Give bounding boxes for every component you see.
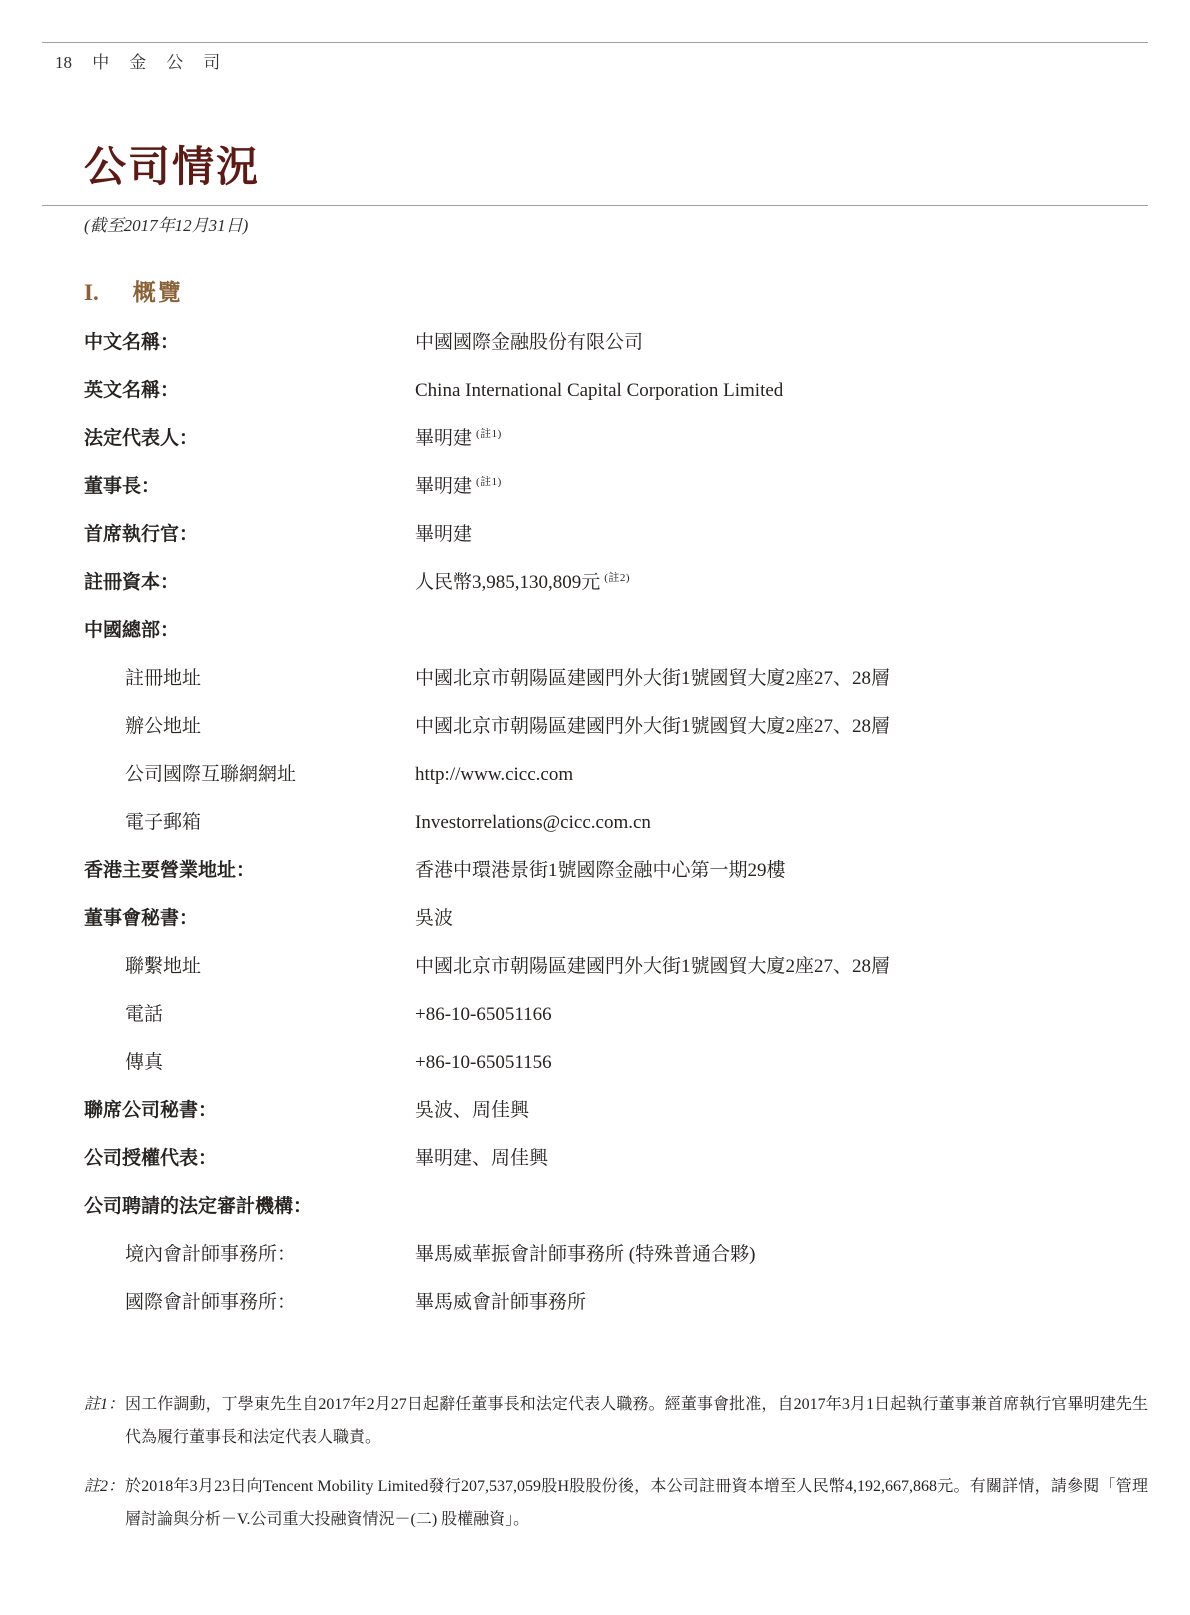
- row-value: +86-10-65051166: [415, 1002, 1148, 1028]
- row-value-text: 吳波、周佳興: [415, 1100, 529, 1121]
- row-value-text: 畢明建、周佳興: [415, 1148, 548, 1169]
- footnote-text: 因工作調動，丁學東先生自2017年2月27日起辭任董事長和法定代表人職務。經董事…: [125, 1388, 1148, 1454]
- title-divider: [42, 205, 1148, 206]
- row-value-text: 香港中環港景街1號國際金融中心第一期29樓: [415, 860, 786, 881]
- info-row-english-name: 英文名稱： China International Capital Corpor…: [84, 378, 1148, 404]
- row-value: 畢明建: [415, 522, 1148, 548]
- info-row-website: 公司國際互聯網網址 http://www.cicc.com: [84, 762, 1148, 788]
- row-value: Investorrelations@cicc.com.cn: [415, 810, 1148, 836]
- info-row-hk-business-address: 香港主要營業地址： 香港中環港景街1號國際金融中心第一期29樓: [84, 858, 1148, 884]
- row-value: 畢明建(註1): [415, 426, 1148, 452]
- row-label: 英文名稱：: [84, 378, 415, 404]
- header-divider: [42, 42, 1148, 43]
- row-value: 畢馬威華振會計師事務所 (特殊普通合夥): [415, 1242, 1148, 1268]
- section-numeral: I.: [84, 278, 125, 308]
- row-value-text: 畢明建: [415, 428, 472, 449]
- info-row-joint-company-secretaries: 聯席公司秘書： 吳波、周佳興: [84, 1098, 1148, 1124]
- row-label: 公司聘請的法定審計機構：: [84, 1194, 415, 1220]
- company-info-list: 中文名稱： 中國國際金融股份有限公司 英文名稱： China Internati…: [84, 330, 1148, 1316]
- info-row-fax: 傳真 +86-10-65051156: [84, 1050, 1148, 1076]
- as-of-date: (截至2017年12月31日): [84, 216, 1148, 236]
- footnote-label: 註1：: [84, 1388, 125, 1454]
- row-label: 傳真: [84, 1050, 415, 1076]
- row-value: [415, 618, 1148, 644]
- row-label: 公司國際互聯網網址: [84, 762, 415, 788]
- info-row-email: 電子郵箱 Investorrelations@cicc.com.cn: [84, 810, 1148, 836]
- row-value: 吳波: [415, 906, 1148, 932]
- row-value-text: 中國北京市朝陽區建國門外大街1號國貿大廈2座27、28層: [415, 956, 890, 977]
- info-row-statutory-auditors: 公司聘請的法定審計機構：: [84, 1194, 1148, 1220]
- row-label: 註冊地址: [84, 666, 415, 692]
- row-value-text: 中國北京市朝陽區建國門外大街1號國貿大廈2座27、28層: [415, 668, 890, 689]
- row-value: http://www.cicc.com: [415, 762, 1148, 788]
- row-value-text: 畢明建: [415, 524, 472, 545]
- email-address: Investorrelations@cicc.com.cn: [415, 812, 651, 833]
- row-value-text: 畢馬威會計師事務所: [415, 1292, 586, 1313]
- page-number: 18: [55, 53, 72, 73]
- footnotes: 註1： 因工作調動，丁學東先生自2017年2月27日起辭任董事長和法定代表人職務…: [84, 1388, 1148, 1536]
- row-label: 註冊資本：: [84, 570, 415, 596]
- info-row-board-secretary: 董事會秘書： 吳波: [84, 906, 1148, 932]
- row-label: 國際會計師事務所：: [84, 1290, 415, 1316]
- page-header: 18 中金公司: [55, 53, 1148, 73]
- row-label: 聯繫地址: [84, 954, 415, 980]
- info-row-contact-address: 聯繫地址 中國北京市朝陽區建國門外大街1號國貿大廈2座27、28層: [84, 954, 1148, 980]
- info-row-registered-capital: 註冊資本： 人民幣3,985,130,809元(註2): [84, 570, 1148, 596]
- company-brand: 中金公司: [92, 53, 240, 73]
- info-row-office-address: 辦公地址 中國北京市朝陽區建國門外大街1號國貿大廈2座27、28層: [84, 714, 1148, 740]
- info-row-ceo: 首席執行官： 畢明建: [84, 522, 1148, 548]
- row-value-text: 中國北京市朝陽區建國門外大街1號國貿大廈2座27、28層: [415, 716, 890, 737]
- row-value-text: China International Capital Corporation …: [415, 380, 783, 401]
- row-value: 畢明建(註1): [415, 474, 1148, 500]
- row-label: 境內會計師事務所：: [84, 1242, 415, 1268]
- document-page: 18 中金公司 公司情況 (截至2017年12月31日) I. 概覽 中文名稱：…: [0, 0, 1190, 1615]
- row-value: [415, 1194, 1148, 1220]
- info-row-authorized-representatives: 公司授權代表： 畢明建、周佳興: [84, 1146, 1148, 1172]
- section-heading: I. 概覽: [84, 278, 1148, 308]
- row-label: 香港主要營業地址：: [84, 858, 415, 884]
- info-row-international-auditor: 國際會計師事務所： 畢馬威會計師事務所: [84, 1290, 1148, 1316]
- row-value-text: 人民幣3,985,130,809元: [415, 572, 600, 593]
- section-heading-label: 概覽: [133, 280, 183, 305]
- footnote-ref: (註2): [604, 572, 630, 584]
- row-label: 電話: [84, 1002, 415, 1028]
- info-row-chinese-name: 中文名稱： 中國國際金融股份有限公司: [84, 330, 1148, 356]
- footnote-label: 註2：: [84, 1470, 125, 1536]
- row-value: 中國北京市朝陽區建國門外大街1號國貿大廈2座27、28層: [415, 954, 1148, 980]
- info-row-china-headquarters: 中國總部：: [84, 618, 1148, 644]
- footnote-1: 註1： 因工作調動，丁學東先生自2017年2月27日起辭任董事長和法定代表人職務…: [84, 1388, 1148, 1454]
- row-value-text: 畢馬威華振會計師事務所 (特殊普通合夥): [415, 1244, 755, 1265]
- fax-number: +86-10-65051156: [415, 1052, 552, 1073]
- info-row-telephone: 電話 +86-10-65051166: [84, 1002, 1148, 1028]
- row-value-text: 吳波: [415, 908, 453, 929]
- info-row-domestic-auditor: 境內會計師事務所： 畢馬威華振會計師事務所 (特殊普通合夥): [84, 1242, 1148, 1268]
- row-value: China International Capital Corporation …: [415, 378, 1148, 404]
- footnote-text: 於2018年3月23日向Tencent Mobility Limited發行20…: [125, 1470, 1148, 1536]
- row-label: 董事長：: [84, 474, 415, 500]
- row-value: 香港中環港景街1號國際金融中心第一期29樓: [415, 858, 1148, 884]
- row-label: 聯席公司秘書：: [84, 1098, 415, 1124]
- row-label: 董事會秘書：: [84, 906, 415, 932]
- row-value-text: 中國國際金融股份有限公司: [415, 332, 643, 353]
- row-value: 中國北京市朝陽區建國門外大街1號國貿大廈2座27、28層: [415, 666, 1148, 692]
- footnote-ref: (註1): [476, 476, 502, 488]
- row-value: 中國國際金融股份有限公司: [415, 330, 1148, 356]
- row-value: 畢馬威會計師事務所: [415, 1290, 1148, 1316]
- row-label: 公司授權代表：: [84, 1146, 415, 1172]
- row-label: 法定代表人：: [84, 426, 415, 452]
- row-value: 吳波、周佳興: [415, 1098, 1148, 1124]
- info-row-registered-address: 註冊地址 中國北京市朝陽區建國門外大街1號國貿大廈2座27、28層: [84, 666, 1148, 692]
- row-label: 中文名稱：: [84, 330, 415, 356]
- telephone-number: +86-10-65051166: [415, 1004, 552, 1025]
- row-value: 人民幣3,985,130,809元(註2): [415, 570, 1148, 596]
- row-value: 中國北京市朝陽區建國門外大街1號國貿大廈2座27、28層: [415, 714, 1148, 740]
- row-label: 中國總部：: [84, 618, 415, 644]
- row-value-text: 畢明建: [415, 476, 472, 497]
- row-value: +86-10-65051156: [415, 1050, 1148, 1076]
- row-label: 首席執行官：: [84, 522, 415, 548]
- page-title: 公司情況: [84, 143, 1148, 193]
- footnote-2: 註2： 於2018年3月23日向Tencent Mobility Limited…: [84, 1470, 1148, 1536]
- row-label: 辦公地址: [84, 714, 415, 740]
- row-value: 畢明建、周佳興: [415, 1146, 1148, 1172]
- info-row-chairman: 董事長： 畢明建(註1): [84, 474, 1148, 500]
- row-label: 電子郵箱: [84, 810, 415, 836]
- info-row-legal-representative: 法定代表人： 畢明建(註1): [84, 426, 1148, 452]
- footnote-ref: (註1): [476, 428, 502, 440]
- website-url: http://www.cicc.com: [415, 764, 573, 785]
